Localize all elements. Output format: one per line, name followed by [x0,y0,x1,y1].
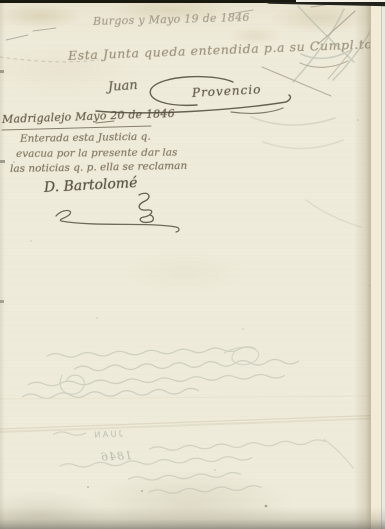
reply-line-1: Enterada esta Justicia q. [20,131,151,145]
page-outer-right [381,0,385,529]
scan-shadow-bottom [0,507,385,529]
document-scan: Burgos y Mayo 19 de 1846 Esta Junta qued… [0,0,385,529]
page-fold-right [354,0,370,529]
scan-shadow-left [0,0,5,529]
bleedthrough-year-text: 1846 [100,449,133,464]
paper-page [0,0,385,529]
reply-line-2: evacua por la presente dar las [16,147,178,160]
signature-forename: Juan [107,78,138,95]
bleedthrough-stamp-text: JUAN [92,429,123,439]
scan-edge-top-highlight [296,0,385,2]
